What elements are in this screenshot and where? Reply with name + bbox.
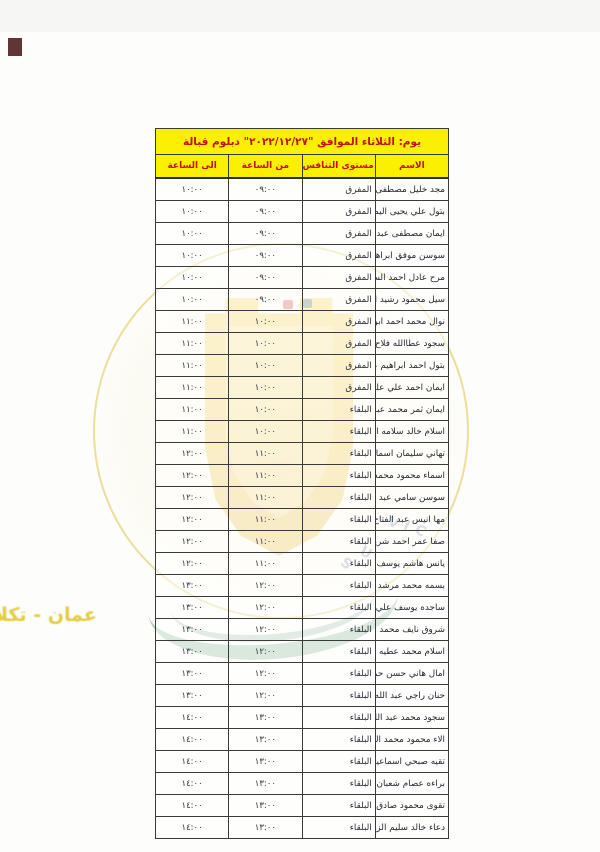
col-header-from: من الساعة bbox=[229, 155, 302, 179]
competition-level-cell: المفرق bbox=[302, 223, 375, 245]
from-time-cell: ١٣:٠٠ bbox=[229, 729, 302, 751]
from-time-cell: ١٣:٠٠ bbox=[229, 795, 302, 817]
competition-level-cell: البلقاء bbox=[302, 773, 375, 795]
competition-level-cell: البلقاء bbox=[302, 795, 375, 817]
table-row: الاء محمود محمد السكران البلقاء ١٣:٠٠ ١٤… bbox=[156, 729, 449, 751]
table-row: تهاني سليمان اسماعيل الشويكي البلقاء ١١:… bbox=[156, 443, 449, 465]
table-row: صفا عمر احمد شريد البلقاء ١١:٠٠ ١٢:٠٠ bbox=[156, 531, 449, 553]
table-row: ايمان ثمر محمد عبد الرحمن البلقاء ١٠:٠٠ … bbox=[156, 399, 449, 421]
student-name-cell: سوسن سامي عبد المنعم الذيبه bbox=[375, 487, 448, 509]
from-time-cell: ١٠:٠٠ bbox=[229, 377, 302, 399]
to-time-cell: ١٠:٠٠ bbox=[156, 201, 229, 223]
student-name-cell: سجود عطاالله فلاح الحسبان bbox=[375, 333, 448, 355]
table-row: اسلام خالد سلامه ابو هندي البلقاء ١٠:٠٠ … bbox=[156, 421, 449, 443]
to-time-cell: ١١:٠٠ bbox=[156, 377, 229, 399]
to-time-cell: ١٠:٠٠ bbox=[156, 245, 229, 267]
from-time-cell: ١٠:٠٠ bbox=[229, 355, 302, 377]
student-name-cell: مرح عادل احمد السعود bbox=[375, 267, 448, 289]
competition-level-cell: المفرق bbox=[302, 267, 375, 289]
table-row: اسماء محمود محمد الجبعي البلقاء ١١:٠٠ ١٢… bbox=[156, 465, 449, 487]
to-time-cell: ١٣:٠٠ bbox=[156, 685, 229, 707]
table-row: مجد خليل مصطفى الكفاوين المفرق ٠٩:٠٠ ١٠:… bbox=[156, 178, 449, 201]
student-name-cell: دعاء خالد سليم الزبيدي bbox=[375, 817, 448, 839]
to-time-cell: ١٠:٠٠ bbox=[156, 289, 229, 311]
to-time-cell: ١١:٠٠ bbox=[156, 333, 229, 355]
from-time-cell: ١٣:٠٠ bbox=[229, 751, 302, 773]
table-body: مجد خليل مصطفى الكفاوين المفرق ٠٩:٠٠ ١٠:… bbox=[156, 178, 449, 839]
table-row: شروق نايف محمد وشاح البلقاء ١٢:٠٠ ١٣:٠٠ bbox=[156, 619, 449, 641]
competition-level-cell: البلقاء bbox=[302, 663, 375, 685]
schedule-table: يوم: الثلاثاء الموافق "٢٠٢٢/١٢/٢٧" دبلوم… bbox=[155, 128, 449, 839]
student-name-cell: اسلام خالد سلامه ابو هندي bbox=[375, 421, 448, 443]
scan-artifact-mark bbox=[8, 38, 22, 56]
to-time-cell: ١٣:٠٠ bbox=[156, 597, 229, 619]
competition-level-cell: البلقاء bbox=[302, 817, 375, 839]
table-title: يوم: الثلاثاء الموافق "٢٠٢٢/١٢/٢٧" دبلوم… bbox=[156, 129, 449, 155]
table-row: حنان راجي عبد الله خريسات البلقاء ١٢:٠٠ … bbox=[156, 685, 449, 707]
competition-level-cell: البلقاء bbox=[302, 751, 375, 773]
table-row: دعاء خالد سليم الزبيدي البلقاء ١٣:٠٠ ١٤:… bbox=[156, 817, 449, 839]
student-name-cell: اسماء محمود محمد الجبعي bbox=[375, 465, 448, 487]
competition-level-cell: البلقاء bbox=[302, 685, 375, 707]
to-time-cell: ١١:٠٠ bbox=[156, 355, 229, 377]
to-time-cell: ١٠:٠٠ bbox=[156, 267, 229, 289]
col-header-level: مستوى التنافس bbox=[302, 155, 375, 179]
table-row: ايمان احمد علي عليمات المفرق ١٠:٠٠ ١١:٠٠ bbox=[156, 377, 449, 399]
table-row: امال هاني حسن حمد البلقاء ١٢:٠٠ ١٣:٠٠ bbox=[156, 663, 449, 685]
competition-level-cell: المفرق bbox=[302, 333, 375, 355]
to-time-cell: ١٣:٠٠ bbox=[156, 619, 229, 641]
to-time-cell: ١٢:٠٠ bbox=[156, 487, 229, 509]
to-time-cell: ١٤:٠٠ bbox=[156, 795, 229, 817]
from-time-cell: ١٢:٠٠ bbox=[229, 619, 302, 641]
table-row: تقيه صبحي اسماعيل حمدان البلقاء ١٣:٠٠ ١٤… bbox=[156, 751, 449, 773]
competition-level-cell: البلقاء bbox=[302, 531, 375, 553]
competition-level-cell: المفرق bbox=[302, 377, 375, 399]
to-time-cell: ١٢:٠٠ bbox=[156, 509, 229, 531]
student-name-cell: يانس هاشم يوسف جروان bbox=[375, 553, 448, 575]
to-time-cell: ١٠:٠٠ bbox=[156, 178, 229, 201]
table-head: يوم: الثلاثاء الموافق "٢٠٢٢/١٢/٢٧" دبلوم… bbox=[156, 129, 449, 179]
to-time-cell: ١٤:٠٠ bbox=[156, 707, 229, 729]
competition-level-cell: البلقاء bbox=[302, 729, 375, 751]
from-time-cell: ١١:٠٠ bbox=[229, 465, 302, 487]
student-name-cell: سيل محمود رشيد الهندي bbox=[375, 289, 448, 311]
table-row: مرح عادل احمد السعود المفرق ٠٩:٠٠ ١٠:٠٠ bbox=[156, 267, 449, 289]
competition-level-cell: المفرق bbox=[302, 289, 375, 311]
from-time-cell: ١٣:٠٠ bbox=[229, 817, 302, 839]
from-time-cell: ٠٩:٠٠ bbox=[229, 289, 302, 311]
column-header-row: الاسم مستوى التنافس من الساعة الى الساعة bbox=[156, 155, 449, 179]
student-name-cell: امال هاني حسن حمد bbox=[375, 663, 448, 685]
from-time-cell: ١١:٠٠ bbox=[229, 487, 302, 509]
to-time-cell: ١٠:٠٠ bbox=[156, 223, 229, 245]
competition-level-cell: المفرق bbox=[302, 355, 375, 377]
to-time-cell: ١٤:٠٠ bbox=[156, 751, 229, 773]
student-name-cell: حنان راجي عبد الله خريسات bbox=[375, 685, 448, 707]
competition-level-cell: البلقاء bbox=[302, 487, 375, 509]
from-time-cell: ١٠:٠٠ bbox=[229, 333, 302, 355]
to-time-cell: ١٢:٠٠ bbox=[156, 531, 229, 553]
col-header-name: الاسم bbox=[375, 155, 448, 179]
table-row: بسمه محمد مرشد الخرابشه البلقاء ١٢:٠٠ ١٣… bbox=[156, 575, 449, 597]
to-time-cell: ١٢:٠٠ bbox=[156, 465, 229, 487]
to-time-cell: ١٤:٠٠ bbox=[156, 773, 229, 795]
from-time-cell: ١٢:٠٠ bbox=[229, 597, 302, 619]
to-time-cell: ١٣:٠٠ bbox=[156, 663, 229, 685]
competition-level-cell: البلقاء bbox=[302, 553, 375, 575]
competition-level-cell: المفرق bbox=[302, 245, 375, 267]
table-row: سوسن موفق ابراهيم الصمادي المفرق ٠٩:٠٠ ١… bbox=[156, 245, 449, 267]
table-row: ساجده يوسف علي التوتي البلقاء ١٢:٠٠ ١٣:٠… bbox=[156, 597, 449, 619]
competition-level-cell: البلقاء bbox=[302, 509, 375, 531]
table-row: سجود محمد عبد الله رواجبه البلقاء ١٣:٠٠ … bbox=[156, 707, 449, 729]
watermark-side-text: عمان - تكلا bbox=[0, 604, 164, 626]
table-row: سوسن سامي عبد المنعم الذيبه البلقاء ١١:٠… bbox=[156, 487, 449, 509]
table-row: مها انيس عبد الفتاح شاهين البلقاء ١١:٠٠ … bbox=[156, 509, 449, 531]
to-time-cell: ١٢:٠٠ bbox=[156, 443, 229, 465]
student-name-cell: ايمان مصطفى عبد الرزاق الحراحشه bbox=[375, 223, 448, 245]
competition-level-cell: البلقاء bbox=[302, 707, 375, 729]
student-name-cell: بتول علي يحيى اليماني bbox=[375, 201, 448, 223]
student-name-cell: بسمه محمد مرشد الخرابشه bbox=[375, 575, 448, 597]
student-name-cell: سوسن موفق ابراهيم الصمادي bbox=[375, 245, 448, 267]
student-name-cell: الاء محمود محمد السكران bbox=[375, 729, 448, 751]
student-name-cell: نوال محمد احمد ابو شطيره bbox=[375, 311, 448, 333]
from-time-cell: ١٠:٠٠ bbox=[229, 421, 302, 443]
competition-level-cell: المفرق bbox=[302, 201, 375, 223]
from-time-cell: ١٠:٠٠ bbox=[229, 399, 302, 421]
student-name-cell: براءه عصام شعبان علان bbox=[375, 773, 448, 795]
student-name-cell: ايمان احمد علي عليمات bbox=[375, 377, 448, 399]
from-time-cell: ١١:٠٠ bbox=[229, 553, 302, 575]
from-time-cell: ١٢:٠٠ bbox=[229, 575, 302, 597]
from-time-cell: ١١:٠٠ bbox=[229, 531, 302, 553]
table-row: يانس هاشم يوسف جروان البلقاء ١١:٠٠ ١٢:٠٠ bbox=[156, 553, 449, 575]
competition-level-cell: المفرق bbox=[302, 311, 375, 333]
from-time-cell: ٠٩:٠٠ bbox=[229, 245, 302, 267]
competition-level-cell: البلقاء bbox=[302, 399, 375, 421]
student-name-cell: مها انيس عبد الفتاح شاهين bbox=[375, 509, 448, 531]
competition-level-cell: البلقاء bbox=[302, 443, 375, 465]
table-row: سيل محمود رشيد الهندي المفرق ٠٩:٠٠ ١٠:٠٠ bbox=[156, 289, 449, 311]
student-name-cell: بتول احمد ابراهيم عبابنه bbox=[375, 355, 448, 377]
table-row: ايمان مصطفى عبد الرزاق الحراحشه المفرق ٠… bbox=[156, 223, 449, 245]
student-name-cell: مجد خليل مصطفى الكفاوين bbox=[375, 178, 448, 201]
table-row: براءه عصام شعبان علان البلقاء ١٣:٠٠ ١٤:٠… bbox=[156, 773, 449, 795]
student-name-cell: تقيه صبحي اسماعيل حمدان bbox=[375, 751, 448, 773]
from-time-cell: ٠٩:٠٠ bbox=[229, 178, 302, 201]
table-row: نوال محمد احمد ابو شطيره المفرق ١٠:٠٠ ١١… bbox=[156, 311, 449, 333]
from-time-cell: ١٢:٠٠ bbox=[229, 641, 302, 663]
to-time-cell: ١٤:٠٠ bbox=[156, 817, 229, 839]
to-time-cell: ١١:٠٠ bbox=[156, 421, 229, 443]
to-time-cell: ١١:٠٠ bbox=[156, 311, 229, 333]
student-name-cell: صفا عمر احمد شريد bbox=[375, 531, 448, 553]
student-name-cell: شروق نايف محمد وشاح bbox=[375, 619, 448, 641]
table-row: تقوى محمود صادق ابو حميده البلقاء ١٣:٠٠ … bbox=[156, 795, 449, 817]
table-row: بتول علي يحيى اليماني المفرق ٠٩:٠٠ ١٠:٠٠ bbox=[156, 201, 449, 223]
student-name-cell: ايمان ثمر محمد عبد الرحمن bbox=[375, 399, 448, 421]
from-time-cell: ١٣:٠٠ bbox=[229, 707, 302, 729]
from-time-cell: ٠٩:٠٠ bbox=[229, 223, 302, 245]
competition-level-cell: البلقاء bbox=[302, 421, 375, 443]
competition-level-cell: البلقاء bbox=[302, 575, 375, 597]
table-row: اسلام محمد عطيه ابو عكر البلقاء ١٢:٠٠ ١٣… bbox=[156, 641, 449, 663]
title-row: يوم: الثلاثاء الموافق "٢٠٢٢/١٢/٢٧" دبلوم… bbox=[156, 129, 449, 155]
from-time-cell: ١٢:٠٠ bbox=[229, 663, 302, 685]
from-time-cell: ١٢:٠٠ bbox=[229, 685, 302, 707]
to-time-cell: ١١:٠٠ bbox=[156, 399, 229, 421]
from-time-cell: ١٣:٠٠ bbox=[229, 773, 302, 795]
student-name-cell: تقوى محمود صادق ابو حميده bbox=[375, 795, 448, 817]
competition-level-cell: المفرق bbox=[302, 178, 375, 201]
to-time-cell: ١٣:٠٠ bbox=[156, 575, 229, 597]
competition-level-cell: البلقاء bbox=[302, 597, 375, 619]
from-time-cell: ١١:٠٠ bbox=[229, 443, 302, 465]
competition-level-cell: البلقاء bbox=[302, 465, 375, 487]
competition-level-cell: البلقاء bbox=[302, 641, 375, 663]
student-name-cell: ساجده يوسف علي التوتي bbox=[375, 597, 448, 619]
to-time-cell: ١٤:٠٠ bbox=[156, 729, 229, 751]
to-time-cell: ١٢:٠٠ bbox=[156, 553, 229, 575]
from-time-cell: ٠٩:٠٠ bbox=[229, 201, 302, 223]
from-time-cell: ١٠:٠٠ bbox=[229, 311, 302, 333]
col-header-to: الى الساعة bbox=[156, 155, 229, 179]
to-time-cell: ١٣:٠٠ bbox=[156, 641, 229, 663]
student-name-cell: تهاني سليمان اسماعيل الشويكي bbox=[375, 443, 448, 465]
scan-edge-shading bbox=[0, 0, 600, 32]
student-name-cell: سجود محمد عبد الله رواجبه bbox=[375, 707, 448, 729]
table-row: سجود عطاالله فلاح الحسبان المفرق ١٠:٠٠ ١… bbox=[156, 333, 449, 355]
student-name-cell: اسلام محمد عطيه ابو عكر bbox=[375, 641, 448, 663]
from-time-cell: ٠٩:٠٠ bbox=[229, 267, 302, 289]
competition-level-cell: البلقاء bbox=[302, 619, 375, 641]
scanned-page: S U V I C عمان - تكلا يوم: الثلاثاء المو… bbox=[0, 0, 600, 852]
from-time-cell: ١١:٠٠ bbox=[229, 509, 302, 531]
table-row: بتول احمد ابراهيم عبابنه المفرق ١٠:٠٠ ١١… bbox=[156, 355, 449, 377]
